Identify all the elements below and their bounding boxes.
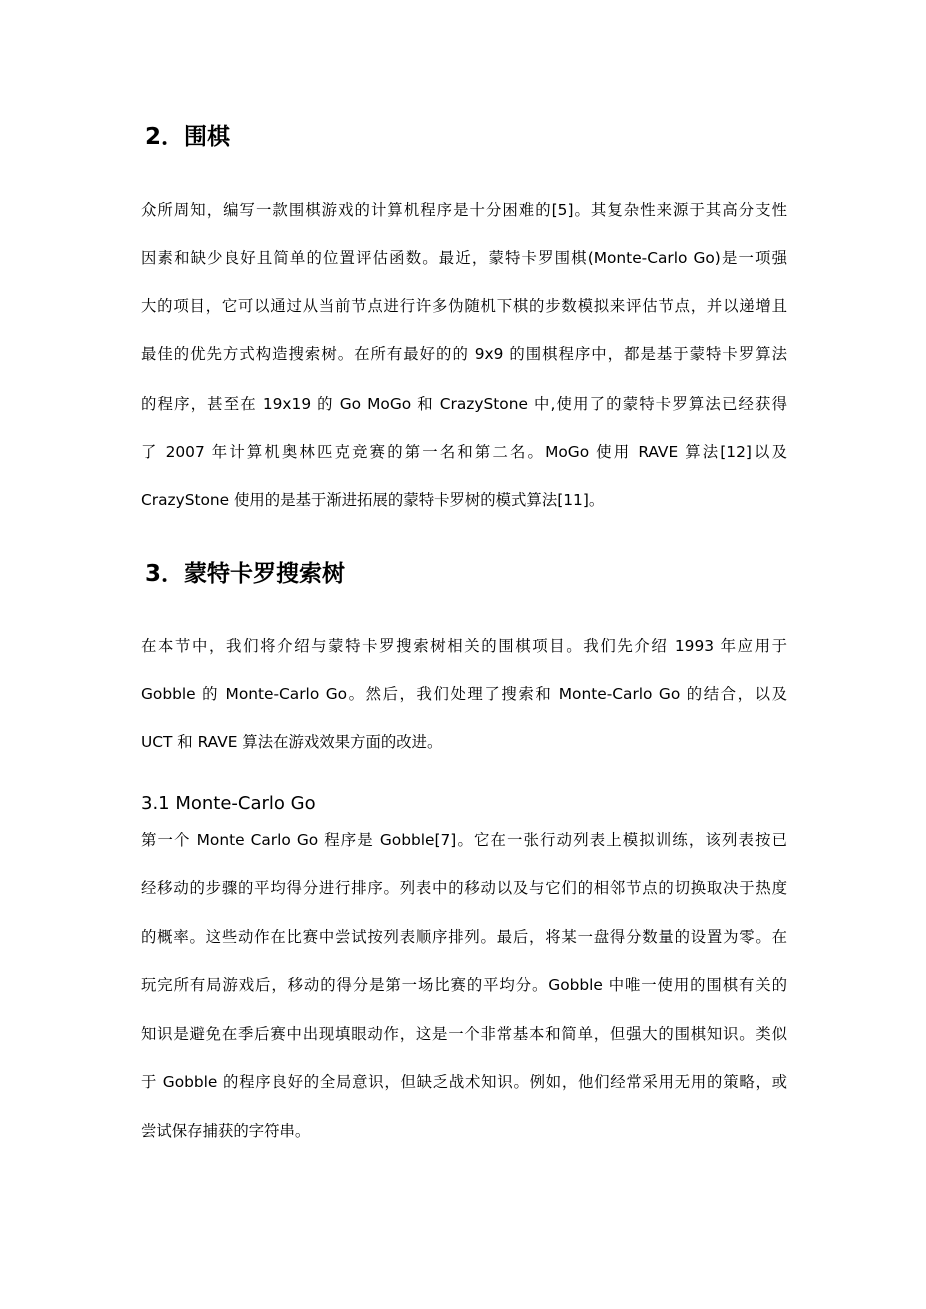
paragraph-line: 玩完所有局游戏后，移动的得分是第一场比赛的平均分。Gobble 中唯一使用的围棋…	[141, 974, 787, 996]
paragraph-line: 因素和缺少良好且简单的位置评估函数。最近，蒙特卡罗围棋(Monte-Carlo …	[141, 247, 787, 269]
section-heading-go: 2．围棋	[145, 122, 230, 152]
paragraph-line: 经移动的步骤的平均得分进行排序。列表中的移动以及与它们的相邻节点的切换取决于热度	[141, 877, 787, 899]
paragraph-line: 于 Gobble 的程序良好的全局意识，但缺乏战术知识。例如，他们经常采用无用的…	[141, 1071, 787, 1093]
paragraph-line: 尝试保存捕获的字符串。	[141, 1120, 787, 1142]
paragraph-line: 最佳的优先方式构造搜索树。在所有最好的的 9x9 的围棋程序中，都是基于蒙特卡罗…	[141, 343, 787, 365]
paragraph-line: 的程序，甚至在 19x19 的 Go MoGo 和 CrazyStone 中,使…	[141, 393, 787, 415]
paragraph-line: CrazyStone 使用的是基于渐进拓展的蒙特卡罗树的模式算法[11]。	[141, 489, 787, 511]
paragraph-line: Gobble 的 Monte-Carlo Go。然后，我们处理了搜索和 Mont…	[141, 683, 787, 705]
paragraph-line: UCT 和 RAVE 算法在游戏效果方面的改进。	[141, 731, 787, 753]
paragraph-line: 的概率。这些动作在比赛中尝试按列表顺序排列。最后，将某一盘得分数量的设置为零。在	[141, 926, 787, 948]
paragraph-line: 知识是避免在季后赛中出现填眼动作，这是一个非常基本和简单，但强大的围棋知识。类似	[141, 1023, 787, 1045]
subsection-heading-monte-carlo-go: 3.1 Monte-Carlo Go	[141, 792, 316, 816]
paragraph-line: 第一个 Monte Carlo Go 程序是 Gobble[7]。它在一张行动列…	[141, 829, 787, 851]
section-heading-mcts: 3．蒙特卡罗搜索树	[145, 559, 345, 589]
paragraph-line: 在本节中，我们将介绍与蒙特卡罗搜索树相关的围棋项目。我们先介绍 1993 年应用…	[141, 635, 787, 657]
paragraph-line: 了 2007 年计算机奥林匹克竞赛的第一名和第二名。MoGo 使用 RAVE 算…	[141, 441, 787, 463]
paragraph-line: 众所周知，编写一款围棋游戏的计算机程序是十分困难的[5]。其复杂性来源于其高分支…	[141, 199, 787, 221]
paragraph-line: 大的项目，它可以通过从当前节点进行许多伪随机下棋的步数模拟来评估节点，并以递增且	[141, 295, 787, 317]
